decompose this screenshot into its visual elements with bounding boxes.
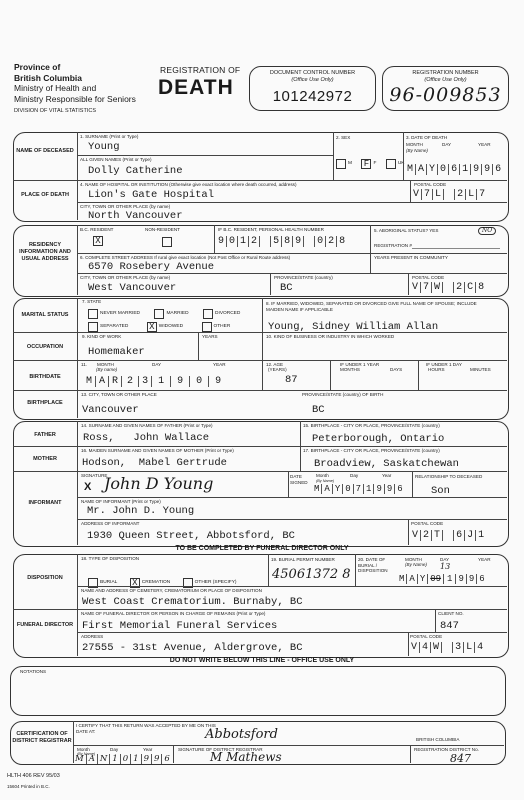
client-no-field[interactable]: 847 [440,620,459,632]
given-names-field[interactable]: Dolly Catherine [88,165,183,177]
work-years-label: YEARS [202,334,218,340]
british-columbia-label: BRITISH COLUMBIA [416,737,459,743]
mother-name-field[interactable]: Hodson, Mabel Gertrude [82,457,227,469]
birth-by-name: (By name) [96,367,117,373]
sex-uk-checkbox[interactable] [386,159,396,169]
birthdate-num: 11. [81,362,87,368]
kind-of-work-label: 9. KIND OF WORK [82,334,121,340]
org-line-2: British Columbia [14,73,82,83]
informant-signature[interactable]: John D Young [104,474,213,493]
signature-x: X [84,481,91,493]
form-id: HLTH 406 REV 95/03 [7,773,60,779]
disposition-date-field[interactable]: MAY091996 [397,574,487,584]
father-name-label: 14. SURNAME AND GIVEN NAMES OF FATHER (P… [81,423,213,429]
death-postal-label: POSTAL CODE [414,182,446,188]
doc-control-label: DOCUMENT CONTROL NUMBER [270,70,355,76]
street-address-field[interactable]: 6570 Rosebery Avenue [88,261,214,273]
office-use-banner: DO NOT WRITE BELOW THIS LINE - OFFICE US… [0,657,524,664]
burial-permit-field[interactable]: 45061372 8 [272,567,351,582]
marital-status-heading: MARITAL STATUS [14,312,76,319]
relationship-field[interactable]: Son [431,485,450,497]
notations-label: NOTATIONS [20,669,46,675]
reg-number-value: 96-009853 [383,84,508,106]
informant-address-label: ADDRESS OF INFORMANT [81,521,139,527]
client-no-label: CLIENT NO. [438,611,464,617]
aboriginal-no-circled[interactable]: NO [478,227,496,235]
father-name-field[interactable]: Ross, John Wallace [83,432,209,444]
minutes-label: MINUTES [470,367,491,373]
cert-year-label: Year [143,747,152,753]
funeral-postal-field[interactable]: V4W 3L4 [409,642,485,653]
notations-box[interactable] [10,666,506,716]
father-birthplace-field[interactable]: Peterborough, Ontario [312,433,444,445]
dod-month-label: MONTH [406,142,423,148]
informant-name-field[interactable]: Mr. John D. Young [87,505,194,517]
bc-resident-label: B.C. RESIDENT [80,227,113,233]
form-title: DEATH [158,76,234,100]
informant-address-field[interactable]: 1930 Queen Street, Abbotsford, BC [87,530,295,542]
mother-birthplace-label: 17. BIRTHPLACE - CITY OR PLACE, PROVINCE… [303,448,440,454]
sex-label: 2. SEX [336,135,350,141]
birth-city-label: 13. CITY, TOWN OR OTHER PLACE [81,392,157,398]
father-birthplace-label: 15. BIRTHPLACE - CITY OR PLACE, PROVINCE… [303,423,440,429]
funeral-address-field[interactable]: 27555 - 31st Avenue, Aldergrove, BC [82,642,303,654]
age-field[interactable]: 87 [285,374,298,386]
certification-heading: CERTIFICATION OF DISTRICT REGISTRAR [11,731,73,745]
sex-options: M FF UK [336,155,405,173]
funeral-address-label: ADDRESS [81,634,103,640]
burial-permit-label: 19. BURIAL PERMIT NUMBER [271,557,335,563]
death-city-label: CITY, TOWN OR OTHER PLACE (by name) [80,204,170,210]
printed-in: 15604 Printed in B.C. [7,784,50,789]
division-label: DIVISION OF VITAL STATISTICS [14,108,96,114]
months-label: MONTHS [340,367,360,373]
widowed-checkbox[interactable]: X [147,322,157,332]
phn-field[interactable]: 9012 589 028 [216,236,347,247]
street-address-label: 6. COMPLETE STREET ADDRESS If rural give… [80,255,290,261]
doc-control-sub: (Office Use Only) [291,77,333,83]
date-of-death-label: 3. DATE OF DEATH [406,135,447,141]
res-postal-label: POSTAL CODE [412,275,444,281]
res-province-label: PROVINCE/STATE (country) [274,275,333,281]
spouse-label: 8. IF MARRIED, WIDOWED, SEPARATED OR DIV… [266,301,486,312]
marital-state-label: 7. STATE [82,299,101,305]
separated-checkbox[interactable] [88,322,98,332]
org-line-1: Province of [14,62,60,72]
registration-of-label: REGISTRATION OF [160,65,240,75]
informant-name-label: NAME OF INFORMANT (Print or Type) [81,499,161,505]
date-signed-field[interactable]: MAY071996 [312,484,405,494]
doc-control-value: 101242972 [250,88,375,105]
days-label: DAYS [390,367,402,373]
age-sub-label: (YEARS) [268,367,287,373]
document-control-box: DOCUMENT CONTROL NUMBER(Office Use Only)… [249,66,376,111]
non-resident-checkbox[interactable] [162,237,172,247]
funeral-director-heading: FUNERAL DIRECTOR [14,622,76,629]
mother-name-label: 16. MAIDEN SURNAME AND GIVEN NAMES OF MO… [81,448,234,454]
informant-postal-field[interactable]: V2T 6J1 [410,530,486,541]
res-postal-field[interactable]: V7W 2C8 [410,282,486,293]
place-of-death-heading: PLACE OF DEATH [14,192,76,199]
surname-field[interactable]: Young [88,141,120,153]
district-no-field[interactable]: 847 [450,752,471,765]
registration-number-label: REGISTRATION # [374,243,412,249]
years-in-community-label: YEARS PRESENT IN COMMUNITY [374,255,448,261]
inf-day-label: Day [350,473,358,479]
disp-by-name: (By Name) [405,562,427,568]
date-of-death-field[interactable]: MAY061996 [405,164,503,175]
res-city-field[interactable]: West Vancouver [88,282,176,294]
birthplace-heading: BIRTHPLACE [14,400,76,407]
disp-day-corrected: 13 [440,562,450,571]
funeral-director-banner: TO BE COMPLETED BY FUNERAL DIRECTOR ONLY [0,545,524,552]
inf-month-label: Month [316,473,329,479]
birth-province-field[interactable]: BC [312,404,325,416]
mother-birthplace-field[interactable]: Broadview, Saskatchewan [314,458,459,470]
disposition-type-label: 18. TYPE OF DISPOSITION [81,556,139,562]
residency-heading: RESIDENCY INFORMATION AND USUAL ADDRESS [14,242,76,263]
registrar-signature[interactable]: M Mathews [210,750,282,764]
funeral-director-name-label: NAME OF FUNERAL DIRECTOR OR PERSON IN CH… [81,611,265,617]
mother-heading: MOTHER [14,456,76,463]
death-postal-field[interactable]: V7L 2L7 [411,189,487,200]
disposition-place-label: NAME AND ADDRESS OF CEMETERY, CREMATORIU… [81,588,262,594]
registration-number-box: REGISTRATION NUMBER(Office Use Only) 96-… [382,66,509,111]
dod-day-label: DAY [442,142,451,148]
disp-year-label: YEAR [478,557,491,563]
name-of-deceased-heading: NAME OF DECEASED [14,148,76,155]
occupation-heading: OCCUPATION [14,344,76,351]
death-city-field[interactable]: North Vancouver [88,210,183,222]
other-marital-checkbox[interactable] [202,322,212,332]
birth-city-field[interactable]: Vancouver [82,404,139,416]
informant-postal-label: POSTAL CODE [411,521,443,527]
non-resident-label: NON-RESIDENT [145,227,180,233]
reg-number-label: REGISTRATION NUMBER [412,70,478,76]
kind-of-work-field[interactable]: Homemaker [88,346,145,358]
sex-f-checkbox[interactable]: F [361,159,371,169]
org-line-4: Ministry Responsible for Seniors [14,94,136,105]
sex-m-checkbox[interactable] [336,159,346,169]
res-province-field[interactable]: BC [280,282,293,294]
given-names-label: ALL GIVEN NAMES (Print or Type) [80,157,151,163]
birthdate-heading: BIRTHDATE [14,374,76,381]
certify-label: I CERTIFY THAT THIS RETURN WAS ACCEPTED … [76,723,216,734]
father-heading: FATHER [14,432,76,439]
aboriginal-label: 5. ABORIGINAL STATUS? YES [374,228,438,234]
dod-by-name: (By Name) [406,148,428,154]
date-signed-label: DATE SIGNED [290,474,308,485]
hospital-label: 4. NAME OF HOSPITAL OR INSTITUTION (Othe… [80,182,297,188]
cert-day-label: Day [110,747,118,753]
org-line-3: Ministry of Health and [14,83,136,94]
funeral-postal-label: POSTAL CODE [410,634,442,640]
hospital-field[interactable]: Lion's Gate Hospital [88,189,214,201]
business-label: 10. KIND OF BUSINESS OR INDUSTRY IN WHIC… [266,334,394,340]
birth-day-label: DAY [152,362,161,368]
disposition-place-field[interactable]: West Coast Crematorium. Burnaby, BC [82,596,303,608]
surname-label: 1. SURNAME (Print or Type) [80,134,138,140]
issuing-authority: Province of British Columbia Ministry of… [14,62,136,104]
funeral-director-name-field[interactable]: First Memorial Funeral Services [82,620,277,632]
accepted-place: Abbotsford [205,727,278,742]
disposition-date-label: 20. DATE OF BURIAL / DISPOSITION [358,557,392,574]
birthdate-field[interactable]: MAR231909 [83,376,227,387]
birth-province-label: PROVINCE/STATE (country) OF BIRTH [302,392,383,398]
reg-number-sub: (Office Use Only) [424,77,466,83]
inf-year-label: Year [382,473,391,479]
informant-heading: INFORMANT [14,500,76,507]
birth-year-label: YEAR [213,362,226,368]
bc-resident-checkbox[interactable]: X [93,236,103,246]
disposition-heading: DISPOSITION [14,575,76,582]
hours-label: HOURS [428,367,445,373]
res-city-label: CITY, TOWN OR OTHER PLACE (by name) [80,275,170,281]
dod-year-label: YEAR [478,142,491,148]
relationship-label: RELATIONSHIP TO DECEASED [415,474,482,480]
certification-date-field[interactable]: MAN101996 [73,754,172,764]
phn-label: IF B.C. RESIDENT, PERSONAL HEALTH NUMBER [218,227,324,233]
